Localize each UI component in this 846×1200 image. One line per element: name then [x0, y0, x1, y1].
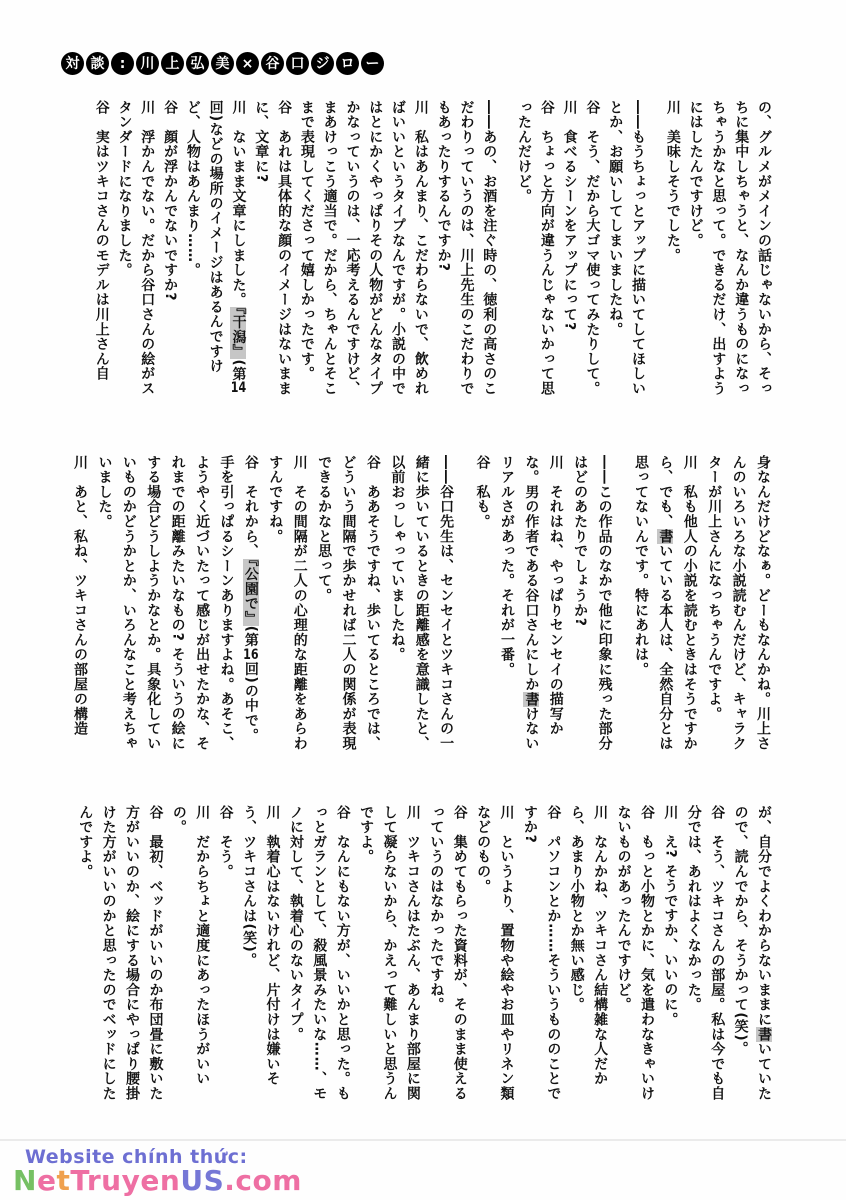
dialogue-entry: 谷 もっと小物とかに、気を遣わなきゃいけないものがあったんですけど。	[611, 805, 658, 1107]
speaker-label: 川	[230, 100, 246, 130]
dialogue-entry: 谷 集めてもらった資料が、そのまま使えるっていうのはなかったですね。	[424, 805, 471, 1107]
badge-char: 対	[61, 52, 84, 75]
speaker-label: 川	[139, 100, 155, 130]
dialogue-entry: の、グルメがメインの話じゃないから、そっちに集中しちゃうと、なんか違うものになっ…	[684, 100, 775, 402]
speaker-label: 谷	[276, 100, 292, 130]
badge-char: :	[111, 52, 134, 75]
badge-char: 口	[286, 52, 309, 75]
tcy-number: 16	[243, 648, 259, 662]
dialogue-entry: 身なんだけどなぁ。どーもなんかね。川上さんのいろいろな小説読むんだけど、キャラク…	[702, 455, 775, 757]
badge-char: ×	[236, 52, 259, 75]
badge-char: 川	[136, 52, 159, 75]
badge-char: ー	[361, 52, 384, 75]
site-letter: m	[272, 1164, 302, 1197]
dialogue-entry: 川 美味しそうでした。	[661, 100, 684, 402]
site-letter: N	[13, 1164, 37, 1197]
dialogue-band-top: の、グルメがメインの話じゃないから、そっちに集中しちゃうと、なんか違うものになっ…	[90, 100, 775, 402]
speaker-label: 谷	[147, 805, 163, 835]
site-letter: S	[204, 1164, 225, 1197]
speaker-label: 川	[405, 805, 421, 835]
dialogue-entry: 川 ないまま文章にしました。『干潟』(第14回)などの場所のイメージはあるんです…	[181, 100, 249, 402]
page-title-badge: 対談:川上弘美×谷口ジロー	[61, 52, 384, 75]
badge-char: ロ	[336, 52, 359, 75]
dialogue-entry: 川 その間隔が二人の心理的な距離をあらわすんですね。	[263, 455, 312, 757]
speaker-label: 川	[413, 100, 429, 130]
speaker-label: 川	[194, 805, 210, 835]
speaker-label: 川	[499, 805, 515, 835]
site-letter: .	[224, 1164, 235, 1197]
dialogue-entry: 谷 それから、『公園で』(第16回)の中で。手を引っぱるシーンありますよね。あそ…	[92, 455, 263, 757]
dialogue-entry: 川 私も他人の小説を読むときはそうですから、でも、書いている本人は、全然自分とは…	[629, 455, 702, 757]
dialogue-entry: 谷 そう。	[213, 805, 236, 1107]
dialogue-entry: 川 執着心はないけれど、片付けは嫌いそう、ツキコさんは(笑)。	[237, 805, 284, 1107]
dialogue-entry: 谷 最初、ベッドがいいのか布団畳に敷いた方がいいのか、絵にする場合にやっぱり腰掛…	[73, 805, 167, 1107]
dialogue-entry: 川 え? そうですか、いいのに。	[658, 805, 681, 1107]
dialogue-entry: 谷 パソコンとか……そういうもののことですか?	[518, 805, 565, 1107]
watermark-site-link[interactable]: NetTruyenUS.com	[13, 1164, 302, 1197]
tcy-number: 14	[230, 381, 246, 395]
dialogue-entry: 谷 実はツキコさんのモデルは川上さん自	[90, 100, 113, 402]
highlighted-text: 書	[523, 692, 539, 707]
speaker-label: 川	[592, 805, 608, 835]
dialogue-entry: 川 あと、私ね、ツキコさんの部屋の構造	[68, 455, 92, 757]
dialogue-entry: 谷 あれは具体的な顔のイメージはないままに、文章に?	[249, 100, 295, 402]
highlighted-text: 書	[756, 1027, 772, 1042]
badge-char: 上	[161, 52, 184, 75]
dialogue-entry: 谷 ああそうですね、歩いてるところでは、どういう間隔で歩かせれば二人の関係が表現…	[312, 455, 385, 757]
dialogue-entry: 谷 そう、ツキコさんの部屋。私は今でも自分では、あれはよくなかった。	[681, 805, 728, 1107]
speaker-label: ――	[597, 455, 613, 485]
site-letter: T	[70, 1164, 87, 1197]
speaker-label: ――	[630, 100, 646, 130]
speaker-label: 川	[548, 455, 564, 485]
speaker-label: 谷	[218, 805, 234, 835]
dialogue-entry: 谷 そう、だから大ゴマ使ってみたりして。	[581, 100, 604, 402]
speaker-label: 谷	[94, 100, 110, 130]
speaker-label: 谷	[584, 100, 600, 130]
speaker-label: 谷	[335, 805, 351, 835]
dialogue-entry: 川 浮かんでない。だから谷口さんの絵がスタンダードになりました。	[113, 100, 159, 402]
speaker-label: ――	[438, 455, 454, 485]
speaker-label: 川	[682, 455, 698, 485]
dialogue-entry: 谷 私も。	[470, 455, 494, 757]
site-letter: y	[122, 1164, 141, 1197]
scanned-interview-page: 対談:川上弘美×谷口ジロー の、グルメがメインの話じゃないから、そっちに集中しち…	[0, 0, 846, 1200]
speaker-label: 谷	[539, 100, 555, 130]
dialogue-entry: ――あの、お酒を注ぐ時の、徳利の高さのこだわりっていうのは、川上先生のこだわりで…	[432, 100, 500, 402]
site-letter: r	[87, 1164, 101, 1197]
dialogue-entry: 川 というより、置物や絵やお皿やリネン類などのもの。	[471, 805, 518, 1107]
speaker-label: 谷	[545, 805, 561, 835]
dialogue-entry: 谷 顔が浮かんでないですか?	[158, 100, 181, 402]
speaker-label: 川	[264, 805, 280, 835]
dialogue-entry: 川 ツキコさんはたぶん、あんまり部屋に関して凝らないから、かえって難しいと思うん…	[354, 805, 424, 1107]
dialogue-entry: 谷 なんにもない方が、いいかと思った。もっとガランとして、殺風景みたいな……、モ…	[283, 805, 353, 1107]
speaker-label: 川	[292, 455, 308, 485]
dialogue-entry: が、自分でよくわからないままに書いていたので、読んでから、そうかって(笑)。	[728, 805, 775, 1107]
speaker-label: 川	[662, 805, 678, 835]
site-letter: e	[37, 1164, 57, 1197]
dialogue-entry: 川 だからちょと適度にあったほうがいいの。	[166, 805, 213, 1107]
site-letter: U	[180, 1164, 203, 1197]
speaker-label: 谷	[162, 100, 178, 130]
speaker-label: 谷	[709, 805, 725, 835]
dialogue-band-bottom: が、自分でよくわからないままに書いていたので、読んでから、そうかって(笑)。谷 …	[73, 805, 775, 1107]
badge-char: ジ	[311, 52, 334, 75]
dialogue-entry: ――この作品のなかで他に印象に残った部分はどのあたりでしょうか?	[568, 455, 617, 757]
badge-char: 弘	[186, 52, 209, 75]
speaker-label: 川	[72, 455, 88, 485]
badge-char: 美	[211, 52, 234, 75]
dialogue-band-middle: 身なんだけどなぁ。どーもなんかね。川上さんのいろいろな小説読むんだけど、キャラク…	[68, 455, 775, 757]
highlighted-text: 『干潟』	[230, 307, 246, 359]
speaker-label: 谷	[475, 455, 491, 485]
speaker-label: ――	[481, 100, 497, 130]
highlighted-text: 『公園で』	[243, 559, 259, 626]
badge-char: 談	[86, 52, 109, 75]
site-letter: o	[252, 1164, 272, 1197]
dialogue-entry: 川 食べるシーンをアップにって?	[558, 100, 581, 402]
site-letter: e	[140, 1164, 160, 1197]
dialogue-entry: 川 それはね、やっぱりセンセイの描写かな。男の作者である谷口さんにしか書けないリ…	[495, 455, 568, 757]
dialogue-entry: 川 なんかね、ツキコさん結構雑な人だから、あまり小物とか無い感じ。	[564, 805, 611, 1107]
badge-char: 谷	[261, 52, 284, 75]
speaker-label: 川	[665, 100, 681, 130]
page-edge-line	[0, 1139, 846, 1141]
site-letter: t	[56, 1164, 70, 1197]
site-letter: n	[160, 1164, 180, 1197]
site-letter: c	[235, 1164, 252, 1197]
speaker-label: 谷	[365, 455, 381, 485]
dialogue-entry: ――もうちょっとアップに描いてしてほしいとか、お願いしてしまいましたね。	[603, 100, 649, 402]
speaker-label: 谷	[243, 455, 259, 485]
speaker-label: 谷	[639, 805, 655, 835]
dialogue-entry: 谷 ちょっと方向が違うんじゃないかって思ったんだけど。	[512, 100, 558, 402]
speaker-label: 川	[562, 100, 578, 130]
dialogue-entry: 川 私はあんまり、こだわらないで、飲めればいいというタイプなんですが。小説の中で…	[295, 100, 432, 402]
site-letter: u	[101, 1164, 121, 1197]
highlighted-text: 書	[657, 529, 673, 544]
speaker-label: 谷	[452, 805, 468, 835]
dialogue-entry: ――谷口先生は、センセイとツキコさんの一緒に歩いているときの距離感を意識したと、…	[385, 455, 458, 757]
